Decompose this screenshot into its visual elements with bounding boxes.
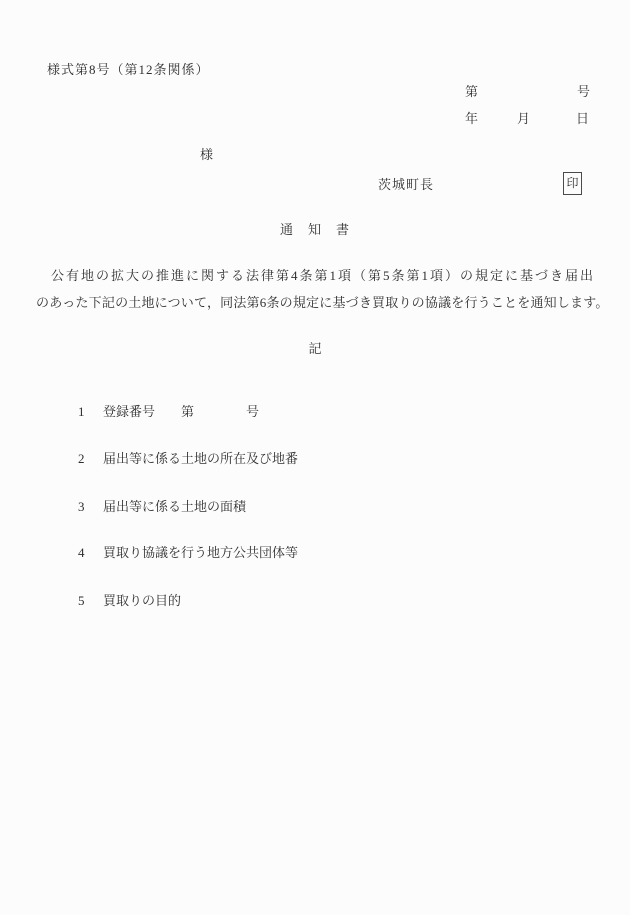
item-number: 5 [78, 593, 103, 608]
document-page: 様式第8号（第12条関係） 第 号 年 月 日 様 茨城町長 印 通 知 書 公… [0, 0, 630, 915]
seal-mark: 印 [566, 176, 578, 191]
body-paragraph-line-1: 公有地の拡大の推進に関する法律第4条第1項（第5条第1項）の規定に基づき届出 [36, 268, 611, 283]
date-year-label: 年 [465, 111, 478, 126]
item-text: 登録番号 第 号 [103, 404, 259, 419]
item-text: 届出等に係る土地の所在及び地番 [103, 451, 298, 466]
list-item-purchase-purpose: 5買取りの目的 [65, 578, 181, 623]
document-title: 通 知 書 [0, 222, 630, 237]
list-item-public-body: 4買取り協議を行う地方公共団体等 [65, 530, 298, 575]
doc-number-prefix: 第 [465, 84, 478, 99]
doc-number-suffix: 号 [577, 84, 590, 99]
item-text: 届出等に係る土地の面積 [103, 499, 246, 514]
item-text: 買取りの目的 [103, 593, 181, 608]
list-item-land-area: 3届出等に係る土地の面積 [65, 484, 246, 529]
recipient-honorific: 様 [200, 147, 213, 162]
item-number: 4 [78, 545, 103, 560]
item-text: 買取り協議を行う地方公共団体等 [103, 545, 298, 560]
item-number: 1 [78, 404, 103, 419]
item-number: 2 [78, 451, 103, 466]
date-day-label: 日 [576, 111, 589, 126]
list-marker: 記 [0, 341, 630, 356]
list-item-registration-number: 1登録番号 第 号 [65, 389, 259, 434]
date-month-label: 月 [517, 111, 530, 126]
body-paragraph-line-2: のあった下記の土地について，同法第6条の規定に基づき買取りの協議を行うことを通知… [36, 295, 611, 310]
seal-box: 印 [563, 172, 582, 195]
form-number: 様式第8号（第12条関係） [47, 62, 210, 77]
item-number: 3 [78, 499, 103, 514]
list-item-land-location: 2届出等に係る土地の所在及び地番 [65, 436, 298, 481]
sender-name: 茨城町長 [378, 177, 434, 192]
